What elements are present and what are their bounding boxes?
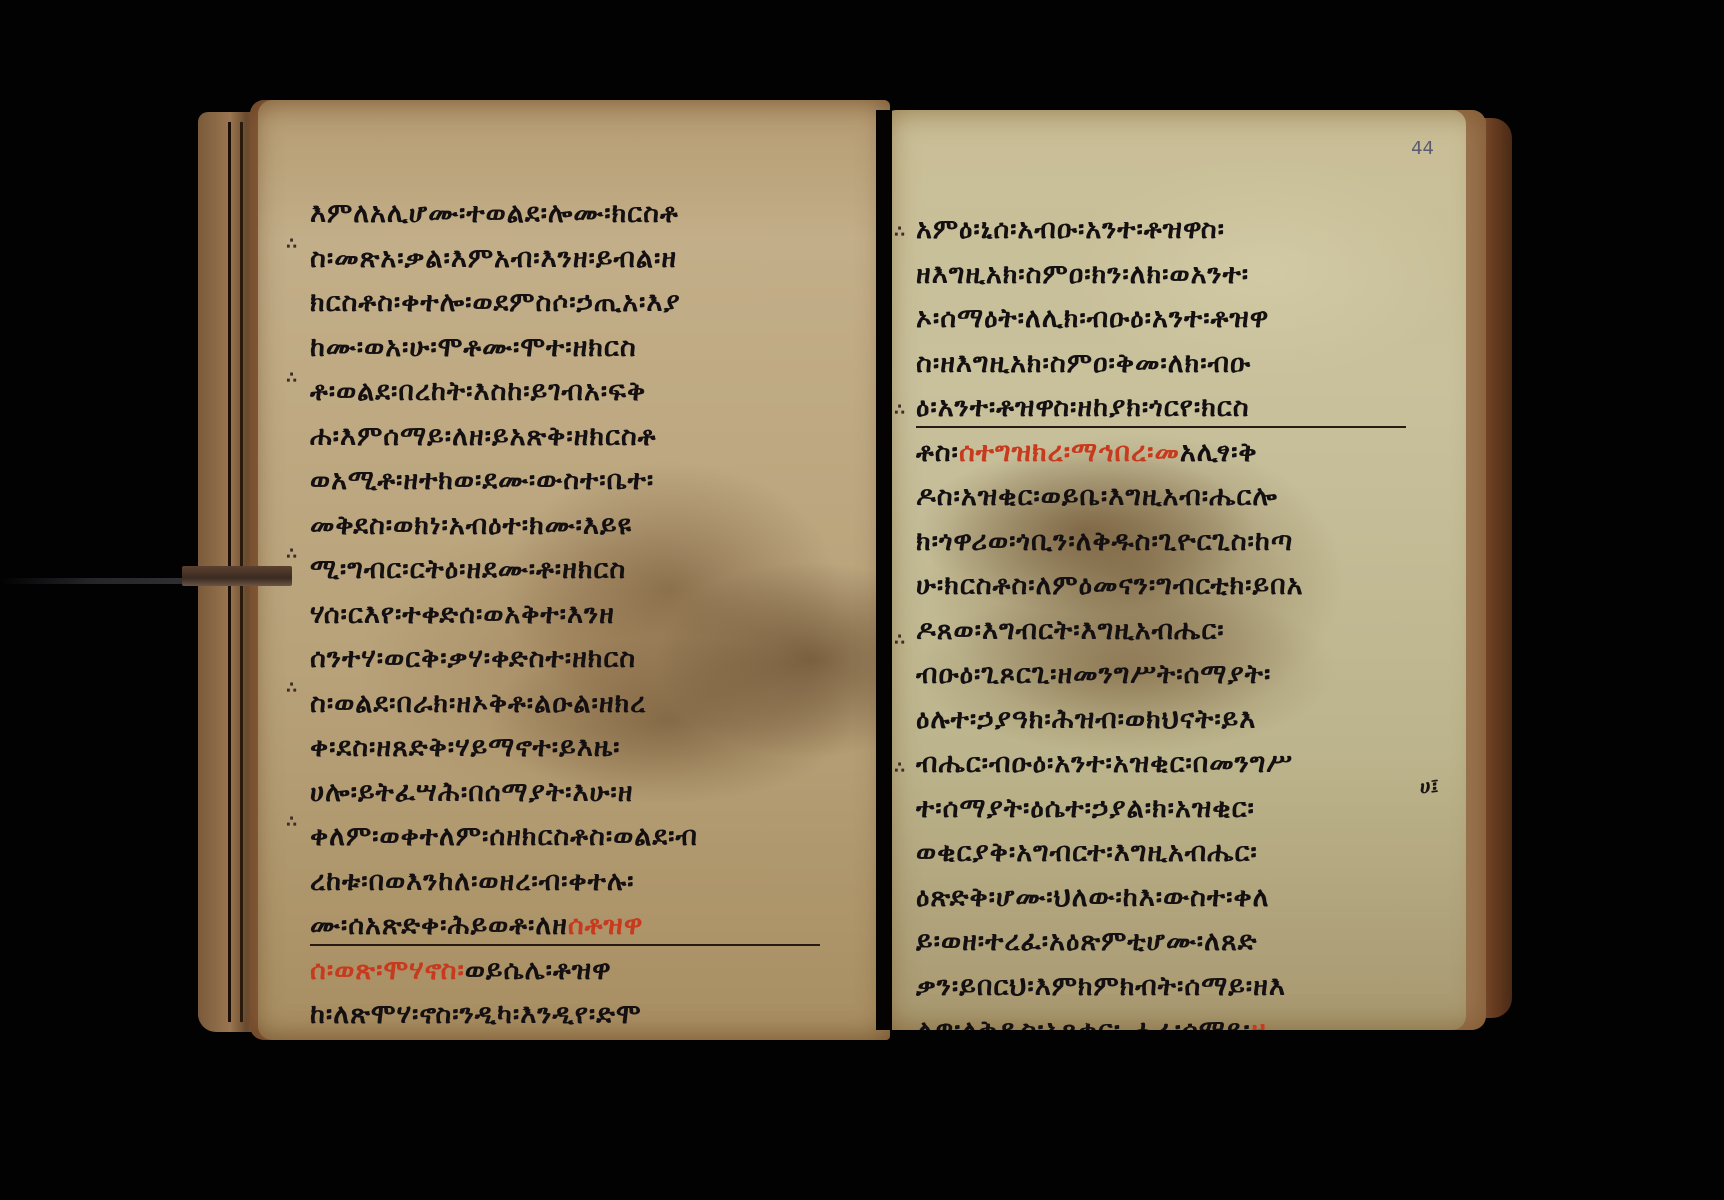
text-line: ተ፡ሰማያት፡ዕሴተ፡ኃያል፡ክ፡አዝቂር፡ [916,787,1416,832]
rubric-segment: ሰተግዝክረ፡ማኅበረ፡መ [959,437,1180,468]
text-line: ቃን፡ይበርህ፡እምክምክብት፡ሰማይ፡ዘእ [916,965,1416,1010]
rubric-segment: ሰ፡ወጽ፡ሞሃኖስ፡ [310,955,465,986]
text-segment: ቶስ፡ [916,437,959,468]
text-line: ሁ፡ክርስቶስ፡ለምዕመናን፡ግብርቲክ፡ይበአ [916,564,1416,609]
text-line: ዘእግዚአክ፡ስምዐ፡ክን፡ለክ፡ወአንተ፡ [916,253,1416,298]
margin-mark: ∴ [286,234,297,253]
text-line: ቀ፡ደስ፡ዘጸድቅ፡ሃይማኖተ፡ይእዜ፡ [310,726,830,771]
bookmark-tab [182,566,292,586]
rubric-segment: ሰቶዝዋ [568,910,644,941]
text-line: ስ፡ወልደ፡በራክ፡ዘኦቅቶ፡ልዑል፡ዘክረ [310,682,830,727]
gutter [876,110,892,1030]
text-line: ቀለም፡ወቀተለም፡ሰዘክርስቶስ፡ወልደ፡ብ [310,815,830,860]
text-line: ክርስቶስ፡ቀተሎ፡ወደምስሶ፡ኃጢአ፡እያ [310,281,830,326]
text-segment: ወይሴሌ፡ቶዝዋ [465,955,612,986]
rubric-line: ሰ፡ወጽ፡ሞሃኖስ፡ወይሴሌ፡ቶዝዋ [310,949,830,994]
text-line: ይ፡ወዘ፡ተረፈ፡አዕጽምቲሆሙ፡ለጸድ [916,920,1416,965]
text-line: ከሙ፡ወአ፡ሁ፡ሞቶሙ፡ሞተ፡ዘክርስ [310,326,830,371]
margin-mark: ∴ [286,544,297,563]
left-page: እምለአሊሆሙ፡ተወልደ፡ሎሙ፡ክርስቶ ስ፡መጽአ፡ቃል፡እምአብ፡እንዘ፡ይ… [250,100,890,1040]
text-line: ወአሚቶ፡ዘተክወ፡ደሙ፡ውስተ፡ቤተ፡ [310,459,830,504]
text-line: ወቂርያቅ፡አግብርተ፡እግዚአብሔር፡ [916,831,1416,876]
rubric-line: ቶስ፡ሰተግዝክረ፡ማኅበረ፡መአሊፃ፡ቅ [916,431,1416,476]
left-text-block: እምለአሊሆሙ፡ተወልደ፡ሎሙ፡ክርስቶ ስ፡መጽአ፡ቃል፡እምአብ፡እንዘ፡ይ… [310,192,830,1040]
text-line: ሰንተሃ፡ወርቅ፡ቃሃ፡ቀድስተ፡ዘክርስ [310,637,830,682]
margin-mark: ∴ [286,368,297,387]
text-line: ኦ፡ሰማዕት፡ለሊክ፡ብዑዕ፡አንተ፡ቶዝዋ [916,297,1416,342]
text-line: ስ፡ዘእግዚአክ፡ስምዐ፡ቅመ፡ለክ፡ብዑ [916,342,1416,387]
text-line: ስ፡መጽአ፡ቃል፡እምአብ፡እንዘ፡ይብል፡ዘ [310,237,830,282]
text-line: ልዎ፡ለቅዱስ፡አጸቂር፡ ሐራ፡ሰማይ፡ዛ [916,1009,1416,1030]
text-line: ቶ፡ወልደ፡በረከት፡እስከ፡ይገብአ፡ፍቅ [310,370,830,415]
margin-note: ሀ፤ [1420,774,1439,798]
text-line: ሚ፡ግብር፡ርትዕ፡ዘደሙ፡ቶ፡ዘክርስ [310,548,830,593]
text-line: ሀሎ፡ይትፈሣሕ፡በሰማያት፡እሁ፡ዘ [310,771,830,816]
margin-mark: ∴ [894,758,905,777]
manuscript-photo: እምለአሊሆሙ፡ተወልደ፡ሎሙ፡ክርስቶ ስ፡መጽአ፡ቃል፡እምአብ፡እንዘ፡ይ… [0,0,1724,1200]
folio-number: 44 [1411,138,1434,159]
text-line: መቅደስ፡ወክነ፡አብዕተ፡ክሙ፡እይዩ [310,504,830,549]
text-line: እምለአሊሆሙ፡ተወልደ፡ሎሙ፡ክርስቶ [310,192,830,237]
text-line: ክ፡ጎዋሪወ፡ጎቢን፡ለቅዱስ፡ጊዮርጊስ፡ከጣ [916,520,1416,565]
margin-mark: ∴ [894,630,905,649]
margin-mark: ∴ [894,400,905,419]
text-line: ዕጽድቅ፡ሆሙ፡ህለው፡ከእ፡ውስተ፡ቀለ [916,876,1416,921]
text-line: ከ፡ለጽሞሃ፡ኖስ፡ንዲካ፡እንዲየ፡ድሞ [310,993,830,1038]
text-line: አምዕ፡ኒሰ፡አብዑ፡አንተ፡ቶዝዋስ፡ [916,208,1416,253]
text-line: ብዑዕ፡ጊጾርጊ፡ዘመንግሥት፡ሰማያት፡ [916,653,1416,698]
text-segment: አሊፃ፡ቅ [1180,437,1258,468]
margin-mark: ∴ [894,222,905,241]
text-line: ዶስ፡አዝቂር፡ወይቤ፡እግዚአብ፡ሔርሎ [916,475,1416,520]
text-line-ruled: ሙ፡ሰአጽድቀ፡ሕይወቶ፡ለዘሰቶዝዋ [310,904,830,949]
margin-mark: ∴ [286,812,297,831]
text-line-ruled: ዕ፡አንተ፡ቶዝዋስ፡ዘከያክ፡ጎርየ፡ክርስ [916,386,1416,431]
margin-mark: ∴ [286,678,297,697]
right-page: 44 አምዕ፡ኒሰ፡አብዑ፡አንተ፡ቶዝዋስ፡ ዘእግዚአክ፡ስምዐ፡ክን፡ለክ… [886,110,1486,1030]
right-text-block: አምዕ፡ኒሰ፡አብዑ፡አንተ፡ቶዝዋስ፡ ዘእግዚአክ፡ስምዐ፡ክን፡ለክ፡ወአ… [916,208,1416,1030]
text-line: ሐ፡እምሰማይ፡ለዘ፡ይአጽቅ፡ዘክርስቶ [310,415,830,460]
rubric-segment: ዛ [1251,1015,1267,1030]
text-line: ብሔር፡ብዑዕ፡አንተ፡አዝቂር፡በመንግሥ [916,742,1416,787]
text-line: ዕሉተ፡ኃያዓክ፡ሕዝብ፡ወክህናት፡ይእ [916,698,1416,743]
text-line: ዶጸወ፡እግብርት፡እግዚአብሔር፡ [916,609,1416,654]
text-segment: ልዎ፡ለቅዱስ፡አጸቂር፡ ሐራ፡ሰማይ፡ [916,1015,1251,1030]
text-line: ረከቱ፡በወእንከለ፡ወዘረ፡ብ፡ቀተሉ፡ [310,860,830,905]
text-line: ሃሰ፡ርእየ፡ተቀድሰ፡ወአቅተ፡እንዘ [310,593,830,638]
text-line: ኖስ፡ንዲል፡ውስተ፡አጽባር፡ወበዐቃት፡ [310,1038,830,1041]
text-segment: ሙ፡ሰአጽድቀ፡ሕይወቶ፡ለዘ [310,910,568,941]
